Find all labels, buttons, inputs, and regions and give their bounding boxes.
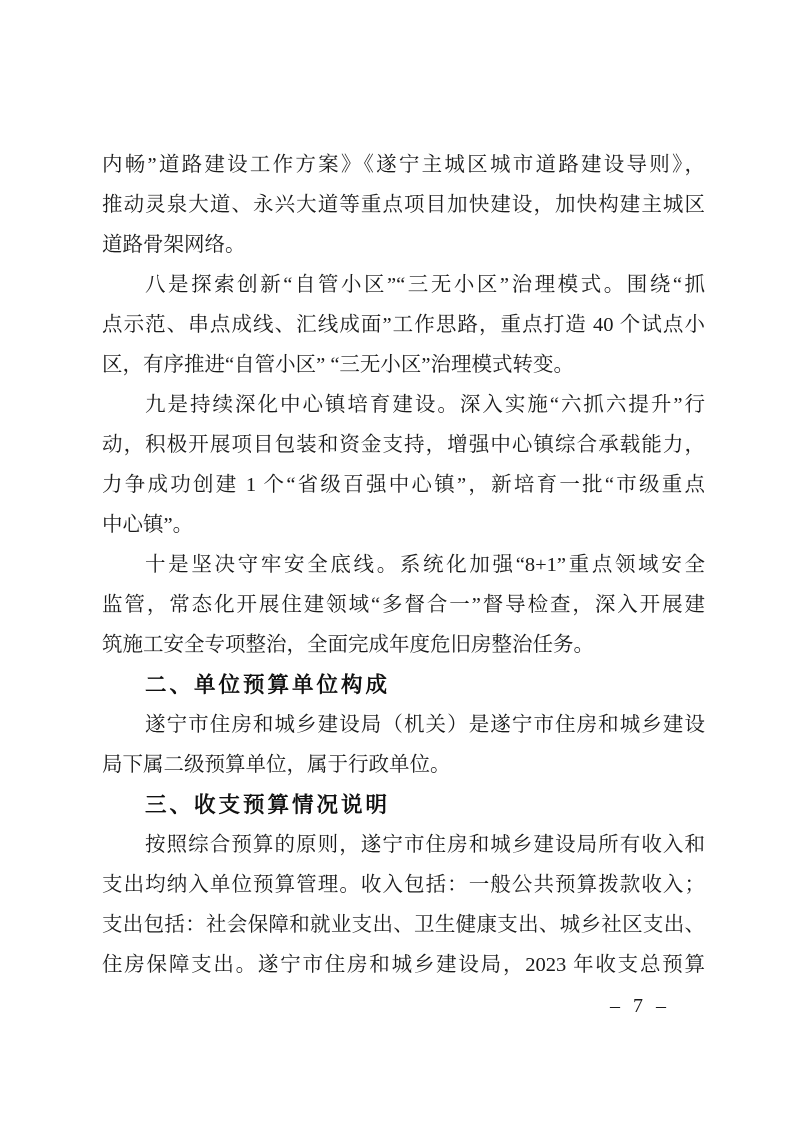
text-line: 推动灵泉大道、永兴大道等重点项目加快建设，加快构建主城区 bbox=[102, 185, 705, 225]
text-line: 十是坚决守牢安全底线。系统化加强“8+1”重点领域安全 bbox=[102, 545, 705, 585]
text-line: 局下属二级预算单位，属于行政单位。 bbox=[102, 745, 705, 785]
text-line: 八是探索创新“自管小区”“三无小区”治理模式。围绕“抓 bbox=[102, 265, 705, 305]
section-heading: 三、收支预算情况说明 bbox=[102, 785, 705, 825]
text-line: 区，有序推进“自管小区” “三无小区”治理模式转变。 bbox=[102, 345, 705, 385]
text-line: 支出包括：社会保障和就业支出、卫生健康支出、城乡社区支出、 bbox=[102, 905, 705, 945]
text-line: 动，积极开展项目包装和资金支持，增强中心镇综合承载能力， bbox=[102, 425, 705, 465]
text-line: 中心镇”。 bbox=[102, 505, 705, 545]
text-line: 力争成功创建 1 个“省级百强中心镇”，新培育一批“市级重点 bbox=[102, 465, 705, 505]
text-line: 支出均纳入单位预算管理。收入包括：一般公共预算拨款收入； bbox=[102, 865, 705, 905]
document-page: 内畅”道路建设工作方案》《遂宁主城区城市道路建设导则》，推动灵泉大道、永兴大道等… bbox=[0, 0, 793, 1122]
text-line: 监管，常态化开展住建领域“多督合一”督导检查，深入开展建 bbox=[102, 585, 705, 625]
text-line: 道路骨架网络。 bbox=[102, 225, 705, 265]
text-line: 遂宁市住房和城乡建设局（机关）是遂宁市住房和城乡建设 bbox=[102, 705, 705, 745]
text-line: 按照综合预算的原则，遂宁市住房和城乡建设局所有收入和 bbox=[102, 825, 705, 865]
page-number: – 7 – bbox=[610, 993, 670, 1019]
text-line: 筑施工安全专项整治，全面完成年度危旧房整治任务。 bbox=[102, 625, 705, 665]
text-line: 内畅”道路建设工作方案》《遂宁主城区城市道路建设导则》， bbox=[102, 145, 705, 185]
document-body: 内畅”道路建设工作方案》《遂宁主城区城市道路建设导则》，推动灵泉大道、永兴大道等… bbox=[102, 145, 705, 985]
section-heading: 二、单位预算单位构成 bbox=[102, 665, 705, 705]
text-line: 九是持续深化中心镇培育建设。深入实施“六抓六提升”行 bbox=[102, 385, 705, 425]
text-line: 点示范、串点成线、汇线成面”工作思路，重点打造 40 个试点小 bbox=[102, 305, 705, 345]
text-line: 住房保障支出。遂宁市住房和城乡建设局，2023 年收支总预算 bbox=[102, 945, 705, 985]
